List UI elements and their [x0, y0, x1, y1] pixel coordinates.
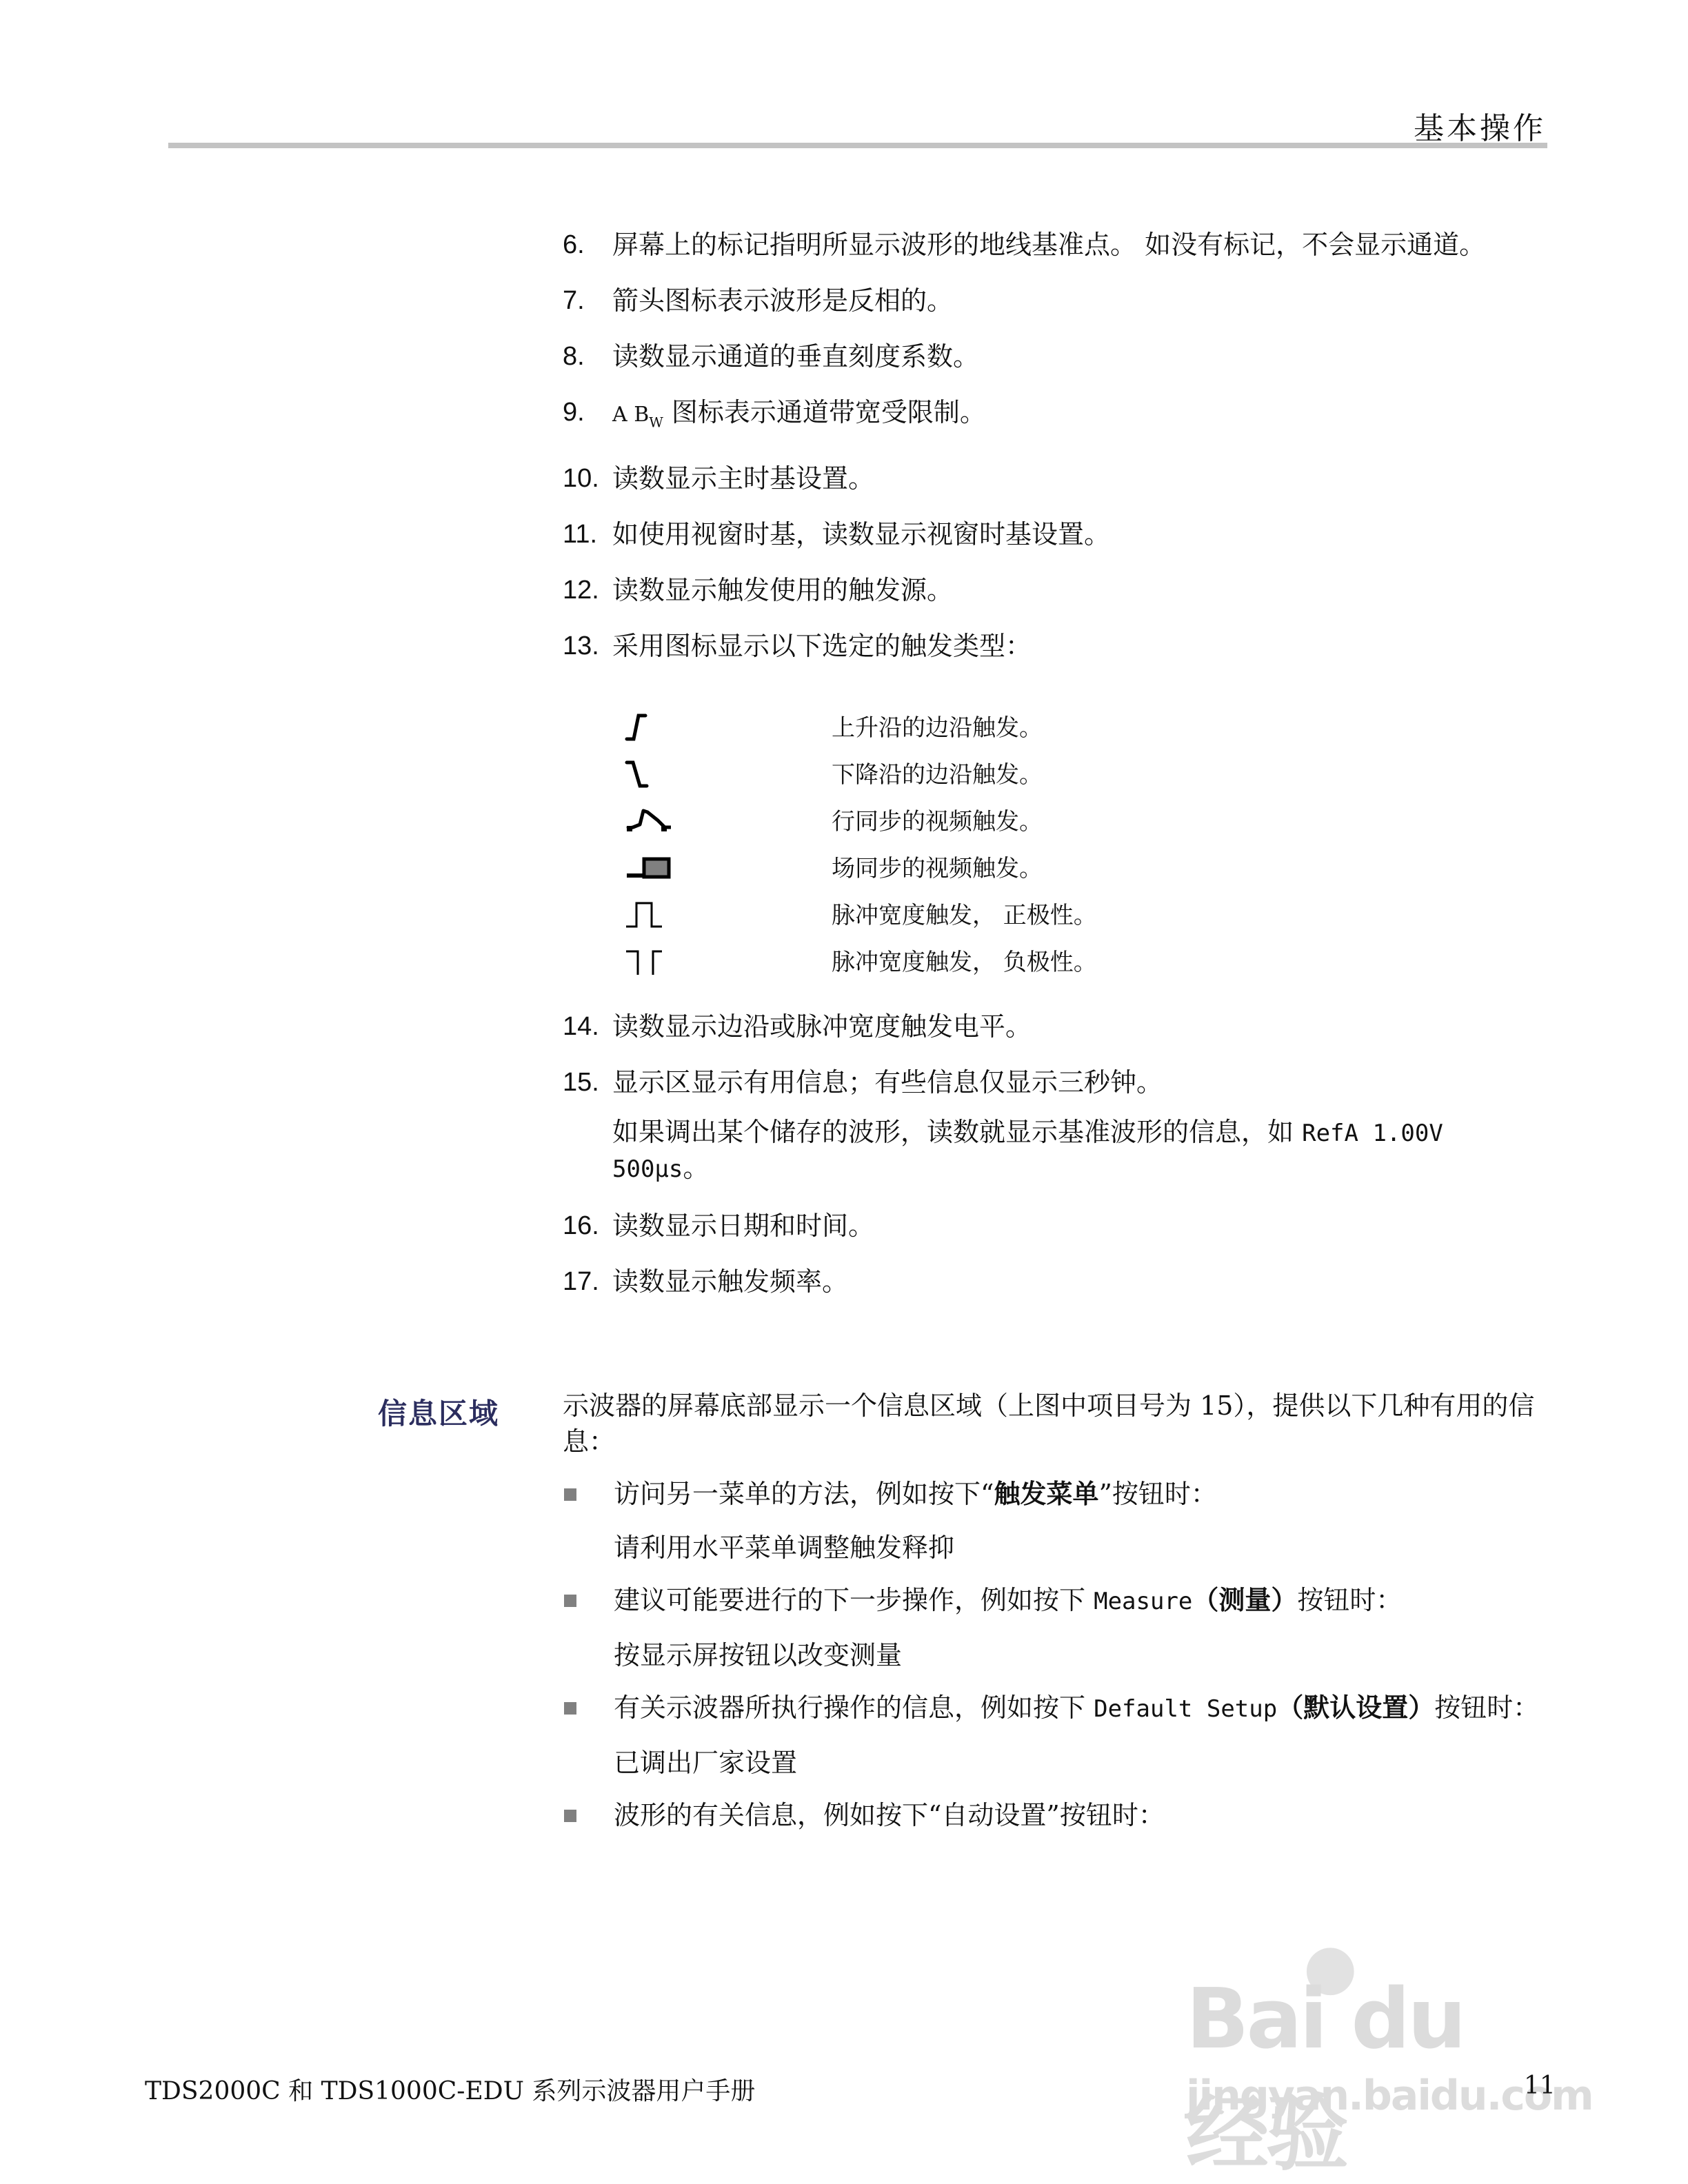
item-number: 14.: [563, 1009, 612, 1044]
section-intro: 示波器的屏幕底部显示一个信息区域（上图中项目号为 15），提供以下几种有用的信息…: [563, 1388, 1549, 1459]
item-text: 如使用视窗时基，读数显示视窗时基设置。: [612, 517, 1549, 552]
header-rule: [168, 143, 1547, 148]
paw-icon: ●: [1303, 1930, 1358, 2003]
page-number: 11: [1524, 2072, 1556, 2100]
example-message: 已调出厂家设置: [614, 1745, 1549, 1781]
bandwidth-limit-subscript: W: [649, 414, 663, 431]
trigger-label: 场同步的视频触发。: [832, 851, 1043, 886]
item-number: 10.: [563, 461, 612, 496]
trigger-label: 脉冲宽度触发， 负极性。: [832, 945, 1097, 980]
trigger-row-falling: 下降沿的边沿触发。: [625, 751, 1549, 798]
trigger-type-table: 上升沿的边沿触发。 下降沿的边沿触发。 行同步的视频触发。 场同步的视频触发。 …: [625, 705, 1549, 986]
item-text: 读数显示边沿或脉冲宽度触发电平。: [612, 1009, 1549, 1044]
item-number: 17.: [563, 1264, 612, 1299]
item-number: 11.: [563, 517, 612, 552]
list-item-11: 11. 如使用视窗时基，读数显示视窗时基设置。: [563, 517, 1549, 552]
item-text: 采用图标显示以下选定的触发类型：: [612, 629, 1549, 663]
list-item-12: 12. 读数显示触发使用的触发源。: [563, 573, 1549, 607]
item-number: 15.: [563, 1065, 612, 1100]
item-text: 读数显示触发使用的触发源。: [612, 573, 1549, 607]
trigger-label: 上升沿的边沿触发。: [832, 711, 1043, 745]
item-text: 屏幕上的标记指明所显示波形的地线基准点。 如没有标记，不会显示通道。: [612, 228, 1549, 262]
falling-edge-icon: [625, 754, 832, 796]
list-item-14: 14. 读数显示边沿或脉冲宽度触发电平。: [563, 1009, 1549, 1044]
trigger-row-field-sync: 场同步的视频触发。: [625, 845, 1549, 892]
item-text: 读数显示通道的垂直刻度系数。: [612, 339, 1549, 374]
list-item-10: 10. 读数显示主时基设置。: [563, 461, 1549, 496]
field-sync-video-icon: [625, 848, 832, 889]
item-number: 16.: [563, 1209, 612, 1243]
list-item-8: 8. 读数显示通道的垂直刻度系数。: [563, 339, 1549, 374]
line-sync-video-icon: [625, 801, 832, 842]
footer-manual-title: TDS2000C 和 TDS1000C-EDU 系列示波器用户手册: [145, 2072, 755, 2107]
info-area-section: 示波器的屏幕底部显示一个信息区域（上图中项目号为 15），提供以下几种有用的信息…: [563, 1388, 1549, 1833]
bullet-item: 访问另一菜单的方法，例如按下“触发菜单”按钮时：: [563, 1476, 1549, 1512]
trigger-row-rising: 上升沿的边沿触发。: [625, 705, 1549, 751]
rising-edge-icon: [625, 707, 832, 749]
trigger-row-negative-pulse: 脉冲宽度触发， 负极性。: [625, 939, 1549, 986]
bandwidth-limit-glyph: A B: [612, 403, 649, 427]
section-heading-info-area: 信息区域: [378, 1391, 499, 1433]
list-item-17: 17. 读数显示触发频率。: [563, 1264, 1549, 1299]
item-15-note: 如果调出某个储存的波形，读数就显示基准波形的信息，如 RefA 1.00V 50…: [612, 1115, 1549, 1186]
item-number: 12.: [563, 573, 612, 607]
list-item-6: 6. 屏幕上的标记指明所显示波形的地线基准点。 如没有标记，不会显示通道。: [563, 228, 1549, 262]
list-item-7: 7. 箭头图标表示波形是反相的。: [563, 283, 1549, 318]
trigger-row-line-sync: 行同步的视频触发。: [625, 798, 1549, 845]
bullet-square-icon: [564, 1810, 576, 1822]
bullet-square-icon: [564, 1595, 576, 1607]
list-item-9: 9. A BW 图标表示通道带宽受限制。: [563, 395, 1549, 440]
trigger-label: 行同步的视频触发。: [832, 805, 1043, 839]
watermark-brand: Bai du 经验: [1186, 1972, 1517, 2184]
example-message: 按显示屏按钮以改变测量: [614, 1637, 1549, 1673]
item-text: 读数显示日期和时间。: [612, 1209, 1549, 1243]
trigger-label: 下降沿的边沿触发。: [832, 758, 1043, 792]
item-text: A BW 图标表示通道带宽受限制。: [612, 395, 1549, 440]
bullet-square-icon: [564, 1702, 576, 1715]
item-text: 显示区显示有用信息；有些信息仅显示三秒钟。: [612, 1065, 1549, 1100]
numbered-list: 6. 屏幕上的标记指明所显示波形的地线基准点。 如没有标记，不会显示通道。 7.…: [563, 228, 1549, 1320]
item-number: 6.: [563, 228, 612, 262]
baidu-jingyan-watermark: ● Bai du 经验 jingyan.baidu.com: [1186, 1930, 1517, 2137]
item-text: 读数显示触发频率。: [612, 1264, 1549, 1299]
bullet-square-icon: [564, 1488, 576, 1501]
negative-pulse-icon: [625, 942, 832, 983]
trigger-row-positive-pulse: 脉冲宽度触发， 正极性。: [625, 892, 1549, 939]
trigger-label: 脉冲宽度触发， 正极性。: [832, 898, 1097, 933]
item-text: 读数显示主时基设置。: [612, 461, 1549, 496]
running-header-title: 基本操作: [1414, 103, 1546, 148]
list-item-16: 16. 读数显示日期和时间。: [563, 1209, 1549, 1243]
item-number: 8.: [563, 339, 612, 374]
item-number: 7.: [563, 283, 612, 318]
example-message: 请利用水平菜单调整触发释抑: [614, 1530, 1549, 1566]
item-number: 13.: [563, 629, 612, 663]
bullet-item: 有关示波器所执行操作的信息，例如按下 Default Setup（默认设置）按钮…: [563, 1690, 1549, 1727]
list-item-13: 13. 采用图标显示以下选定的触发类型：: [563, 629, 1549, 663]
bullet-item: 波形的有关信息，例如按下“自动设置”按钮时：: [563, 1797, 1549, 1833]
item-text: 箭头图标表示波形是反相的。: [612, 283, 1549, 318]
positive-pulse-icon: [625, 895, 832, 936]
list-item-15: 15. 显示区显示有用信息；有些信息仅显示三秒钟。: [563, 1065, 1549, 1100]
item-number: 9.: [563, 395, 612, 440]
bullet-item: 建议可能要进行的下一步操作，例如按下 Measure（测量）按钮时：: [563, 1582, 1549, 1619]
